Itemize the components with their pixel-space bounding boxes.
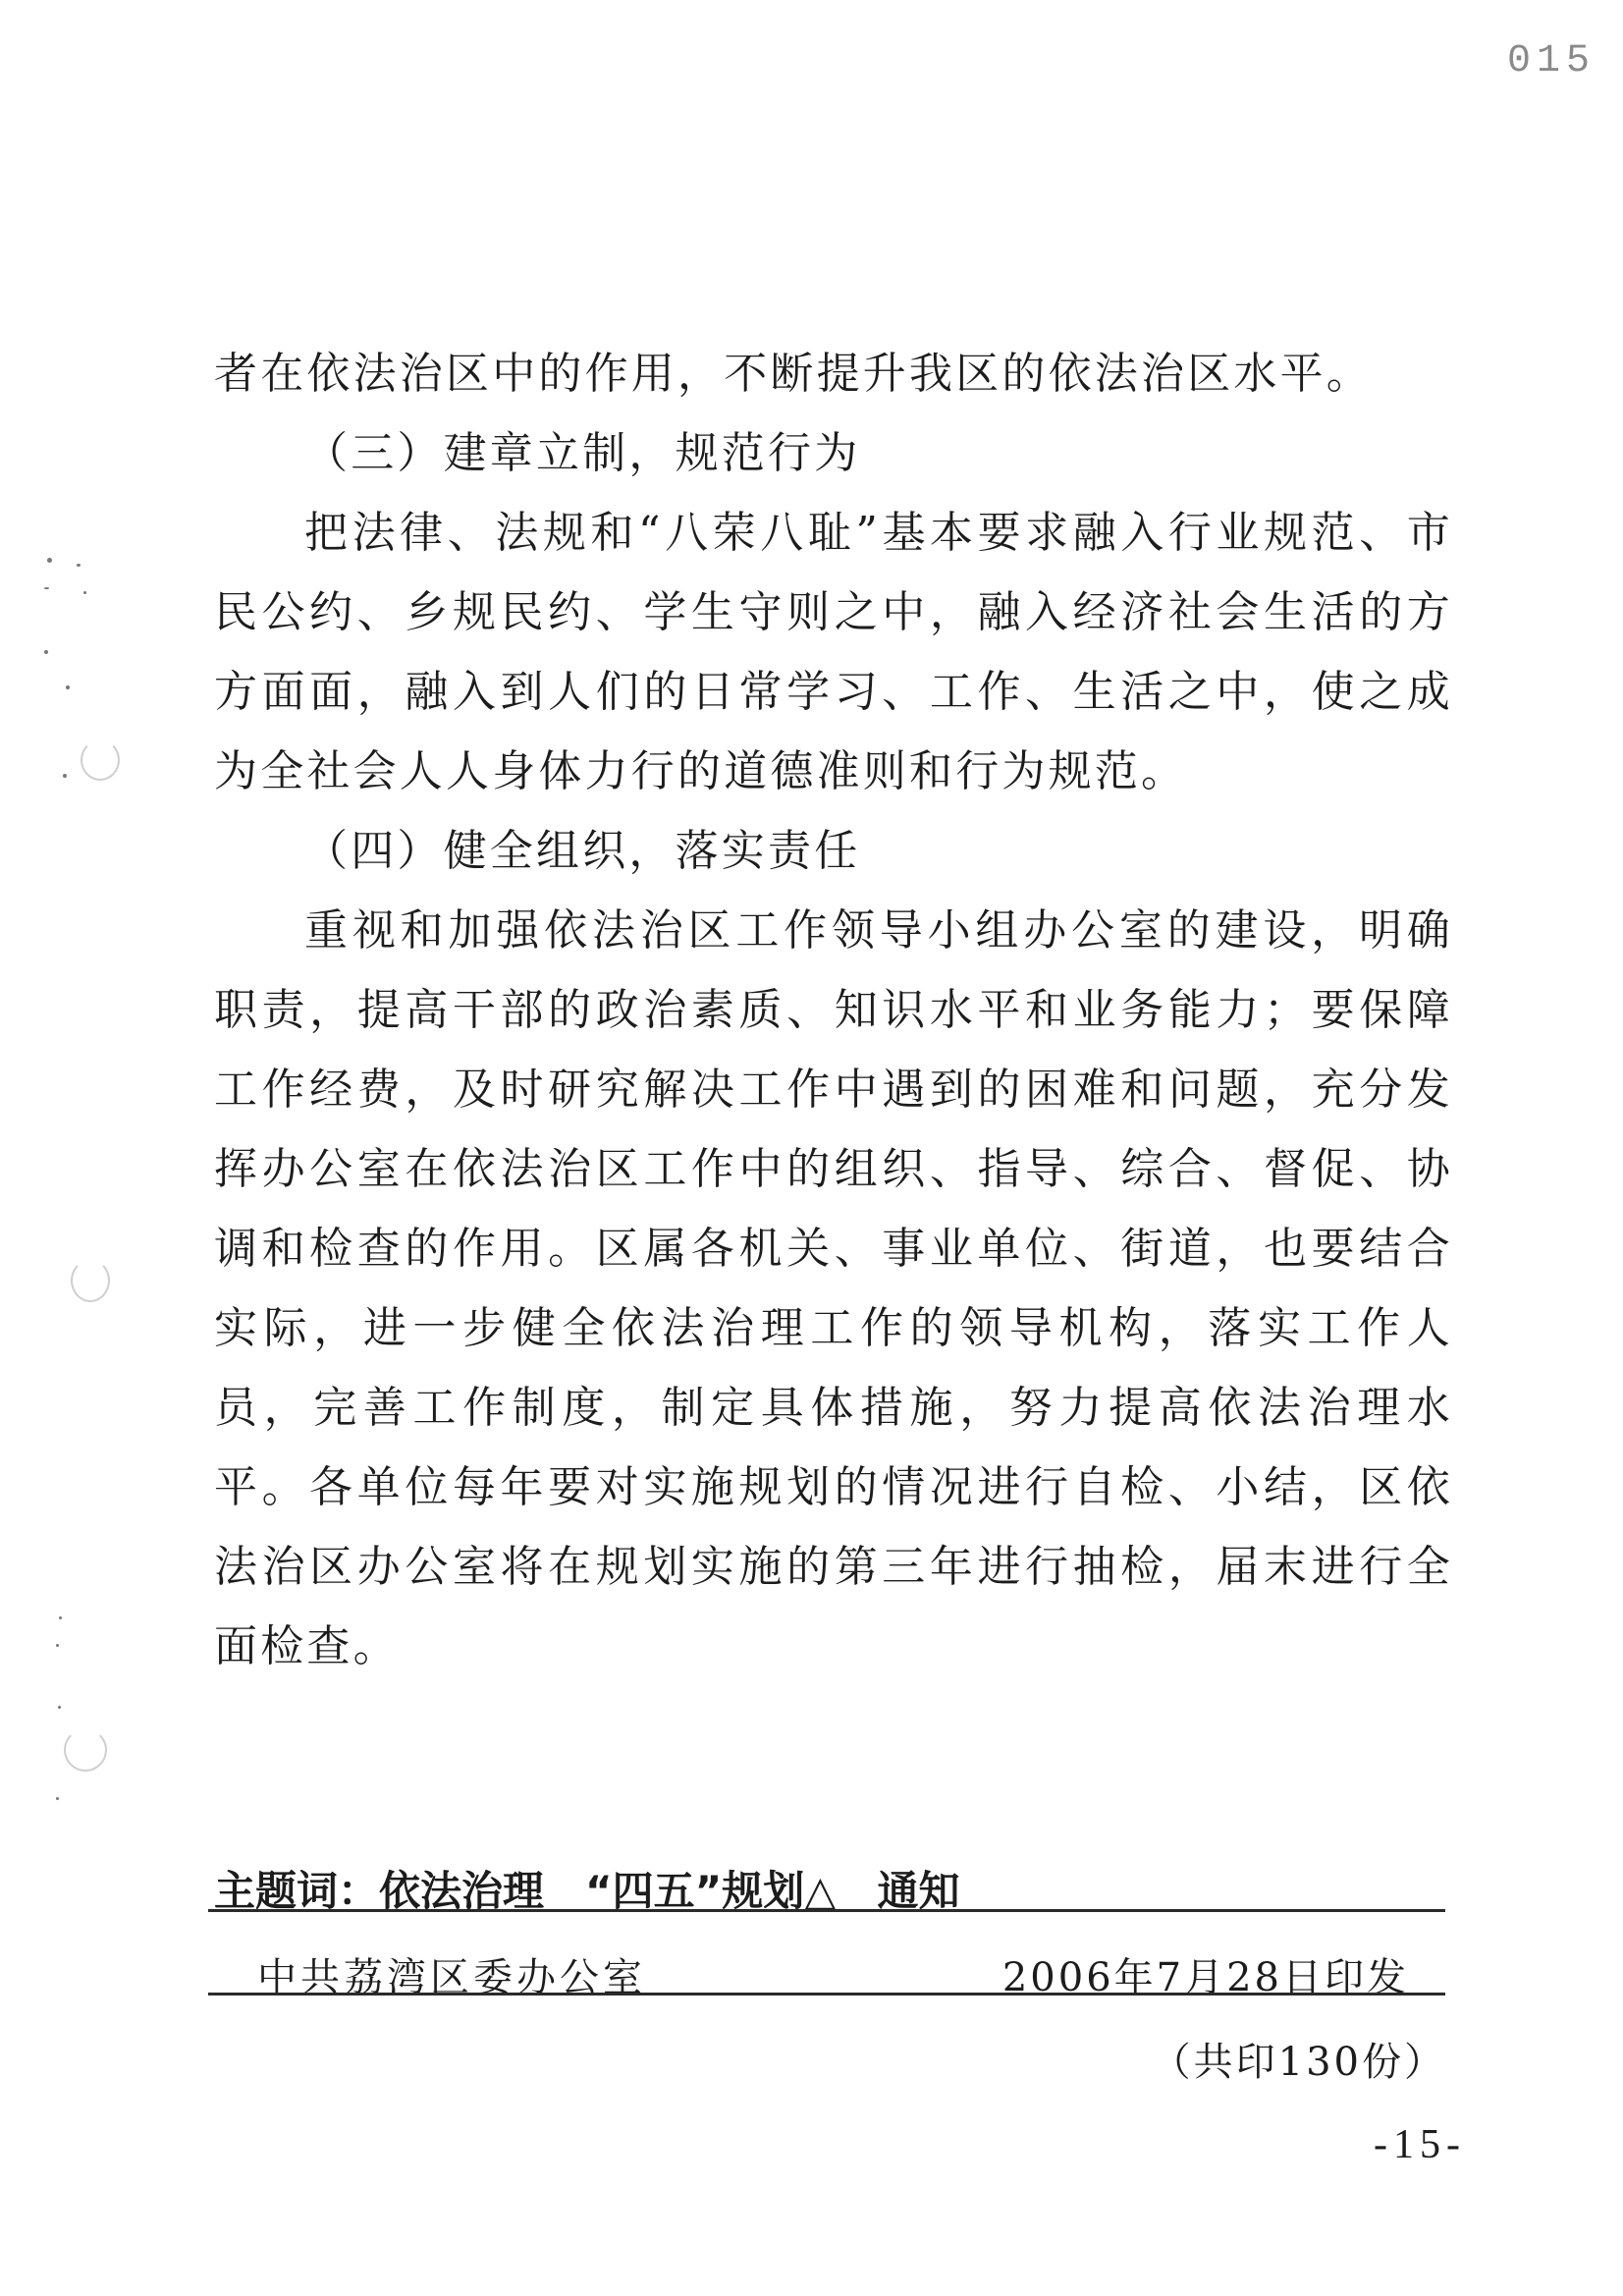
footer-divider — [208, 1993, 1445, 1995]
binding-hole — [71, 1259, 110, 1302]
print-copies: （共印130份） — [1152, 2031, 1446, 2087]
scan-speck — [77, 564, 81, 567]
scan-speck — [44, 587, 49, 589]
binding-hole — [64, 1728, 107, 1772]
page-number: -15- — [1374, 2121, 1466, 2168]
scan-speck — [56, 1644, 59, 1647]
scan-speck — [66, 685, 70, 689]
scan-speck — [83, 591, 86, 594]
paragraph-section-3: 把法律、法规和“八荣八耻”基本要求融入行业规范、市民公约、乡规民约、学生守则之中… — [214, 493, 1453, 811]
document-body: 者在依法治区中的作用，不断提升我区的依法治区水平。 （三）建章立制，规范行为 把… — [214, 334, 1453, 1686]
keywords-value: 依法治理 “四五”规划△ 通知 — [379, 1867, 960, 1915]
section-heading-3: （三）建章立制，规范行为 — [214, 413, 1453, 493]
archive-number: 015 — [1507, 39, 1596, 83]
scan-speck — [58, 1706, 61, 1709]
scan-speck — [63, 774, 67, 778]
paragraph-continuation: 者在依法治区中的作用，不断提升我区的依法治区水平。 — [214, 334, 1453, 413]
scan-speck — [47, 558, 52, 563]
paragraph-section-4: 重视和加强依法治区工作领导小组办公室的建设，明确职责，提高干部的政治素质、知识水… — [214, 891, 1453, 1686]
footer-divider — [208, 1909, 1445, 1912]
binding-hole — [81, 739, 120, 781]
scan-speck — [44, 650, 48, 654]
keywords-label: 主题词： — [214, 1867, 379, 1915]
scan-speck — [56, 1797, 59, 1800]
section-heading-4: （四）健全组织，落实责任 — [214, 811, 1453, 891]
scan-speck — [59, 1616, 62, 1619]
